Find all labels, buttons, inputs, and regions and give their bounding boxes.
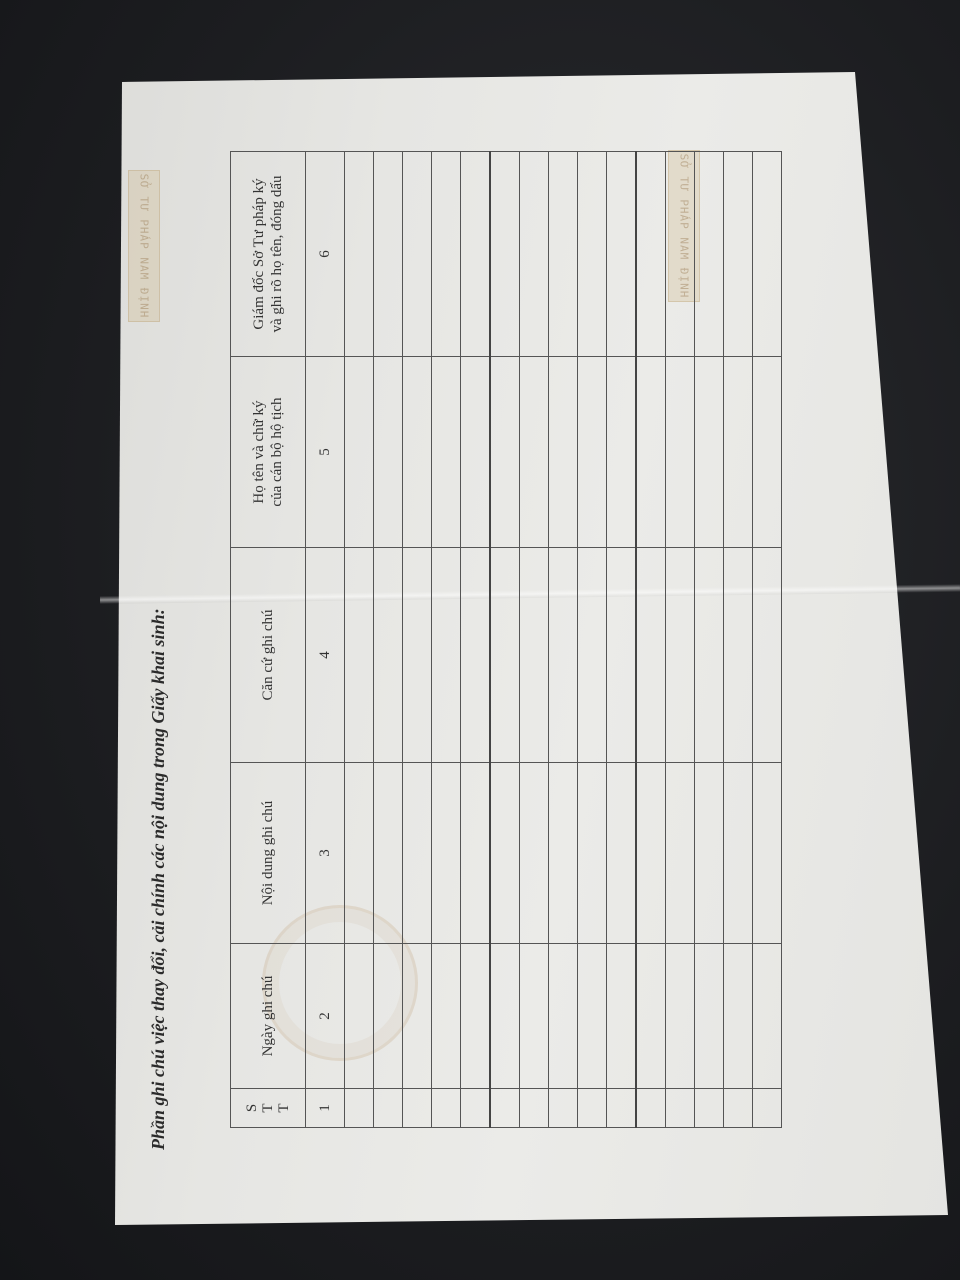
cell	[578, 357, 607, 548]
cell	[753, 944, 782, 1089]
form-heading: Phần ghi chú việc thay đổi, cải chính cá…	[148, 608, 169, 1150]
cell	[403, 152, 432, 357]
cell	[490, 763, 520, 944]
table-row	[666, 152, 695, 1128]
cell	[461, 357, 491, 548]
table-row	[345, 152, 374, 1128]
col-number: 4	[306, 548, 345, 763]
cell	[432, 1089, 461, 1128]
cell	[520, 152, 549, 357]
cell	[695, 357, 724, 548]
col-header-ho-ten-can-bo: Họ tên và chữ ký của cán bộ hộ tịch	[231, 357, 306, 548]
cell	[461, 1089, 491, 1128]
cell	[695, 152, 724, 357]
cell	[607, 357, 637, 548]
cell	[520, 357, 549, 548]
cell	[607, 1089, 637, 1128]
col-number: 6	[306, 152, 345, 357]
cell	[753, 548, 782, 763]
cell	[374, 548, 403, 763]
cell	[490, 152, 520, 357]
table-row	[403, 152, 432, 1128]
table-row	[520, 152, 549, 1128]
cell	[578, 1089, 607, 1128]
cell	[578, 944, 607, 1089]
col-number: 5	[306, 357, 345, 548]
table-row	[549, 152, 578, 1128]
cell	[374, 357, 403, 548]
cell	[666, 944, 695, 1089]
cell	[724, 357, 753, 548]
cell	[578, 763, 607, 944]
cell	[666, 152, 695, 357]
cell	[666, 357, 695, 548]
cell	[753, 1089, 782, 1128]
cell	[520, 944, 549, 1089]
table-row	[695, 152, 724, 1128]
cell	[753, 152, 782, 357]
cell	[461, 763, 491, 944]
cell	[666, 1089, 695, 1128]
cell	[607, 152, 637, 357]
cell	[636, 1089, 666, 1128]
table-row	[636, 152, 666, 1128]
cell	[345, 152, 374, 357]
cell	[403, 357, 432, 548]
cell	[432, 763, 461, 944]
table-row	[724, 152, 753, 1128]
cell	[607, 763, 637, 944]
cell	[549, 548, 578, 763]
cell	[636, 152, 666, 357]
cell	[490, 548, 520, 763]
cell	[432, 357, 461, 548]
table-header-row: S T T Ngày ghi chú Nội dung ghi chú Căn …	[231, 152, 306, 1128]
col-number: 2	[306, 944, 345, 1089]
cell	[636, 763, 666, 944]
cell	[345, 548, 374, 763]
cell	[549, 1089, 578, 1128]
rotated-form: Phần ghi chú việc thay đổi, cải chính cá…	[140, 150, 820, 1150]
table-row	[461, 152, 491, 1128]
cell	[432, 944, 461, 1089]
cell	[520, 1089, 549, 1128]
cell	[724, 1089, 753, 1128]
cell	[490, 944, 520, 1089]
cell	[636, 357, 666, 548]
cell	[374, 152, 403, 357]
cell	[345, 1089, 374, 1128]
col-number: 1	[306, 1089, 345, 1128]
cell	[461, 944, 491, 1089]
cell	[724, 944, 753, 1089]
cell	[636, 548, 666, 763]
col-number: 3	[306, 763, 345, 944]
col-header-stt: S T T	[231, 1089, 306, 1128]
cell	[549, 944, 578, 1089]
cell	[490, 1089, 520, 1128]
table-row	[490, 152, 520, 1128]
cell	[403, 548, 432, 763]
cell	[724, 152, 753, 357]
cell	[345, 357, 374, 548]
col-header-ngay-ghi-chu: Ngày ghi chú	[231, 944, 306, 1089]
table-row	[578, 152, 607, 1128]
table-row	[753, 152, 782, 1128]
cell	[753, 763, 782, 944]
cell	[432, 152, 461, 357]
cell	[578, 152, 607, 357]
cell	[403, 1089, 432, 1128]
cell	[461, 152, 491, 357]
cell	[578, 548, 607, 763]
cell	[695, 548, 724, 763]
cell	[666, 548, 695, 763]
cell	[695, 944, 724, 1089]
column-number-row: 1 2 3 4 5 6	[306, 152, 345, 1128]
cell	[549, 152, 578, 357]
cell	[403, 944, 432, 1089]
cell	[345, 763, 374, 944]
cell	[403, 763, 432, 944]
cell	[432, 548, 461, 763]
cell	[549, 357, 578, 548]
cell	[666, 763, 695, 944]
cell	[636, 944, 666, 1089]
cell	[753, 357, 782, 548]
col-header-noi-dung-ghi-chu: Nội dung ghi chú	[231, 763, 306, 944]
table-row	[374, 152, 403, 1128]
cell	[695, 763, 724, 944]
cell	[607, 944, 637, 1089]
cell	[374, 763, 403, 944]
cell	[520, 763, 549, 944]
table-row	[432, 152, 461, 1128]
cell	[374, 1089, 403, 1128]
amendment-notes-table: S T T Ngày ghi chú Nội dung ghi chú Căn …	[230, 151, 782, 1128]
cell	[520, 548, 549, 763]
cell	[374, 944, 403, 1089]
col-header-giam-doc: Giám đốc Sở Tư pháp ký và ghi rõ họ tên,…	[231, 152, 306, 357]
table-row	[607, 152, 637, 1128]
cell	[490, 357, 520, 548]
cell	[549, 763, 578, 944]
cell	[461, 548, 491, 763]
cell	[345, 944, 374, 1089]
cell	[724, 548, 753, 763]
cell	[695, 1089, 724, 1128]
cell	[607, 548, 637, 763]
col-header-can-cu-ghi-chu: Căn cứ ghi chú	[231, 548, 306, 763]
cell	[724, 763, 753, 944]
